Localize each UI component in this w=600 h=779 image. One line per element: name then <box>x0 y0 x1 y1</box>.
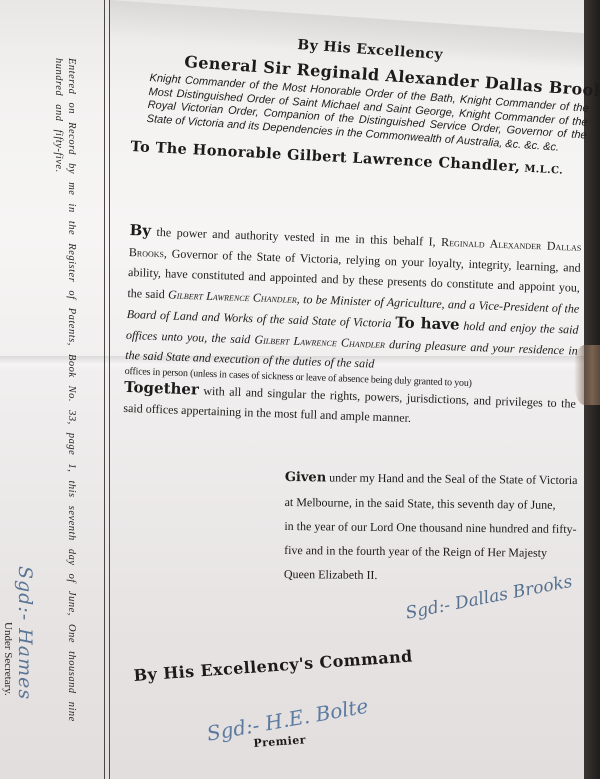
given-text-1: under my Hand and the Seal of the State … <box>326 470 577 487</box>
command-heading: By His Excellency's Command <box>133 646 413 684</box>
given-line-2: at Melbourne, in the said State, this se… <box>284 490 584 517</box>
given-line-1: Given under my Hand and the Seal of the … <box>285 465 585 493</box>
given-line-3: in the year of our Lord One thousand nin… <box>284 514 584 541</box>
heading-by-his-excellency: By His Excellency <box>297 37 444 63</box>
dropcap-together: Together <box>124 377 199 398</box>
document-content: By His Excellency General Sir Reginald A… <box>0 0 600 779</box>
given-line-4: five and in the fourth year of the Reign… <box>284 538 584 565</box>
appointee-name-2: Gilbert Lawrence Chandler <box>254 332 385 351</box>
dropcap-by: By <box>129 221 151 240</box>
dropcap-given: Given <box>285 470 326 485</box>
appointee-name: Gilbert Lawrence Chandler <box>168 287 297 305</box>
commission-body: By the power and authority vested in me … <box>123 220 582 434</box>
addressee-postnominal: M.L.C. <box>524 164 563 177</box>
dropcap-to-have: To have <box>395 313 460 333</box>
given-clause: Given under my Hand and the Seal of the … <box>284 465 585 589</box>
body-text-1: the power and authority vested in me in … <box>151 225 442 249</box>
premier-label: Premier <box>253 733 306 750</box>
